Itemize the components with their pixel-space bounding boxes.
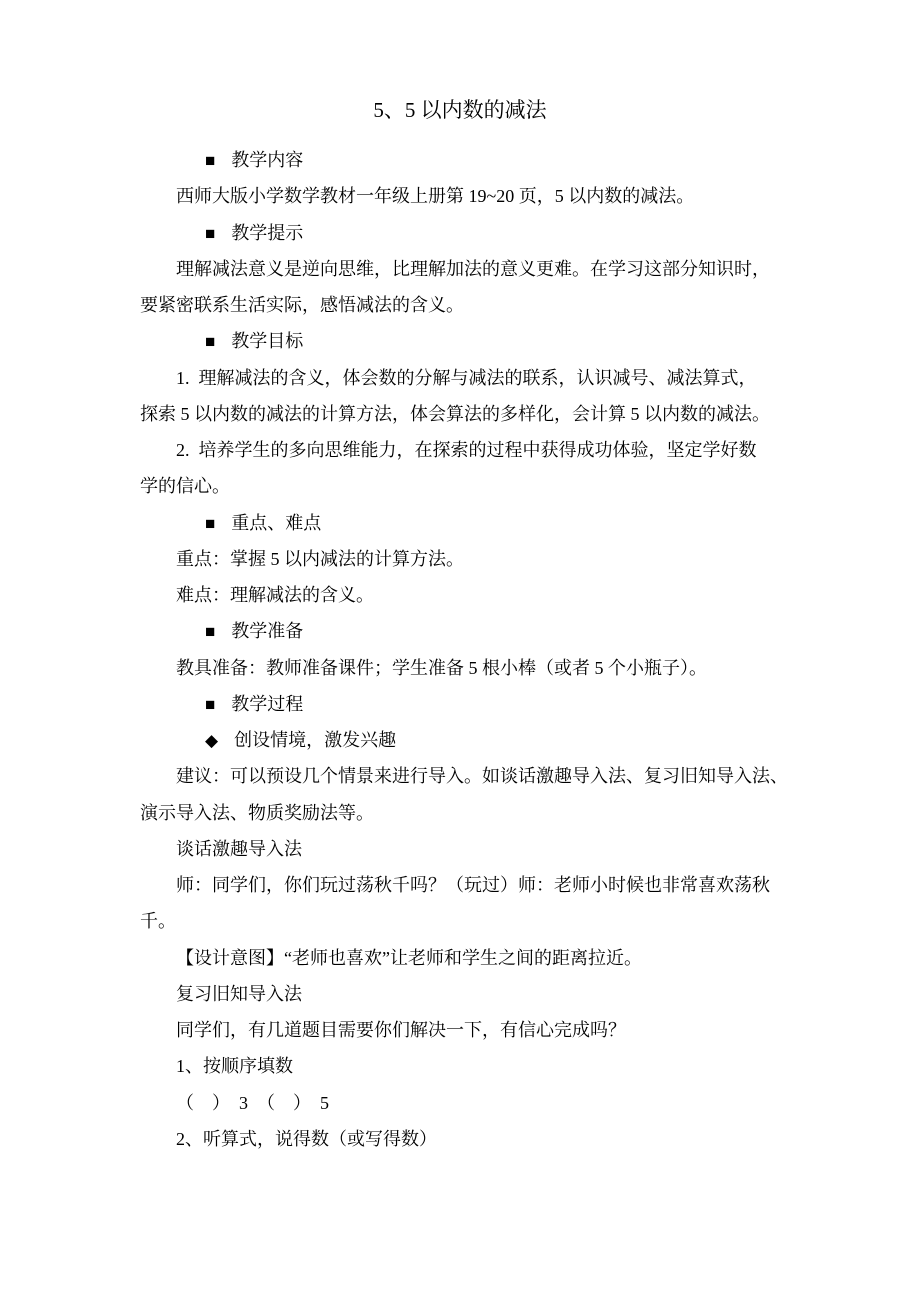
- square-bullet-icon: ■: [205, 622, 215, 641]
- paragraph-line: 1、按顺序填数: [140, 1048, 780, 1084]
- paragraph-line: 重点：掌握 5 以内减法的计算方法。: [140, 541, 780, 577]
- heading-teaching-goals: ■教学目标: [140, 323, 780, 359]
- paragraph-line: 西师大版小学数学教材一年级上册第 19~20 页，5 以内数的减法。: [140, 178, 780, 214]
- square-bullet-icon: ■: [205, 695, 215, 714]
- heading-label: 教学准备: [231, 621, 303, 641]
- document-title: 5、5 以内数的减法: [140, 88, 780, 132]
- paragraph-line: 2. 培养学生的多向思维能力，在探索的过程中获得成功体验，坚定学好数: [140, 432, 780, 468]
- paragraph-line: 千。: [140, 903, 780, 939]
- paragraph-line: 理解减法意义是逆向思维，比理解加法的意义更难。在学习这部分知识时，: [140, 251, 780, 287]
- document-body: ■教学内容 西师大版小学数学教材一年级上册第 19~20 页，5 以内数的减法。…: [140, 142, 780, 1157]
- paragraph-line: 教具准备：教师准备课件；学生准备 5 根小棒（或者 5 个小瓶子）。: [140, 650, 780, 686]
- paragraph-line: 演示导入法、物质奖励法等。: [140, 795, 780, 831]
- fill-in-blanks-row: （ ） 3 （ ） 5: [140, 1085, 780, 1121]
- paragraph-line: 学的信心。: [140, 468, 780, 504]
- paragraph-line: 复习旧知导入法: [140, 976, 780, 1012]
- paragraph-line: 谈话激趣导入法: [140, 831, 780, 867]
- paragraph-line: 难点：理解减法的含义。: [140, 577, 780, 613]
- diamond-bullet-icon: ◆: [205, 731, 218, 750]
- paragraph-line: 2、听算式，说得数（或写得数）: [140, 1121, 780, 1157]
- paragraph-line: 探索 5 以内数的减法的计算方法，体会算法的多样化，会计算 5 以内数的减法。: [140, 396, 780, 432]
- document-page: 5、5 以内数的减法 ■教学内容 西师大版小学数学教材一年级上册第 19~20 …: [0, 0, 920, 1302]
- heading-label: 重点、难点: [231, 513, 321, 533]
- heading-teaching-tips: ■教学提示: [140, 215, 780, 251]
- heading-label: 教学内容: [231, 150, 303, 170]
- paragraph-line: 同学们，有几道题目需要你们解决一下，有信心完成吗？: [140, 1012, 780, 1048]
- heading-key-difficult-points: ■重点、难点: [140, 505, 780, 541]
- square-bullet-icon: ■: [205, 332, 215, 351]
- heading-teaching-process: ■教学过程: [140, 686, 780, 722]
- heading-label: 教学过程: [231, 694, 303, 714]
- paragraph-line: 建议：可以预设几个情景来进行导入。如谈话激趣导入法、复习旧知导入法、: [140, 758, 780, 794]
- heading-teaching-content: ■教学内容: [140, 142, 780, 178]
- square-bullet-icon: ■: [205, 224, 215, 243]
- square-bullet-icon: ■: [205, 514, 215, 533]
- heading-label: 创设情境，激发兴趣: [234, 730, 396, 750]
- paragraph-line: 要紧密联系生活实际，感悟减法的含义。: [140, 287, 780, 323]
- heading-teaching-preparation: ■教学准备: [140, 613, 780, 649]
- heading-label: 教学提示: [231, 223, 303, 243]
- heading-label: 教学目标: [231, 331, 303, 351]
- subheading-create-situation: ◆创设情境，激发兴趣: [140, 722, 780, 758]
- square-bullet-icon: ■: [205, 151, 215, 170]
- paragraph-line: 1. 理解减法的含义，体会数的分解与减法的联系，认识减号、减法算式，: [140, 360, 780, 396]
- paragraph-line: 【设计意图】“老师也喜欢”让老师和学生之间的距离拉近。: [140, 940, 780, 976]
- paragraph-line: 师：同学们，你们玩过荡秋千吗？（玩过）师：老师小时候也非常喜欢荡秋: [140, 867, 780, 903]
